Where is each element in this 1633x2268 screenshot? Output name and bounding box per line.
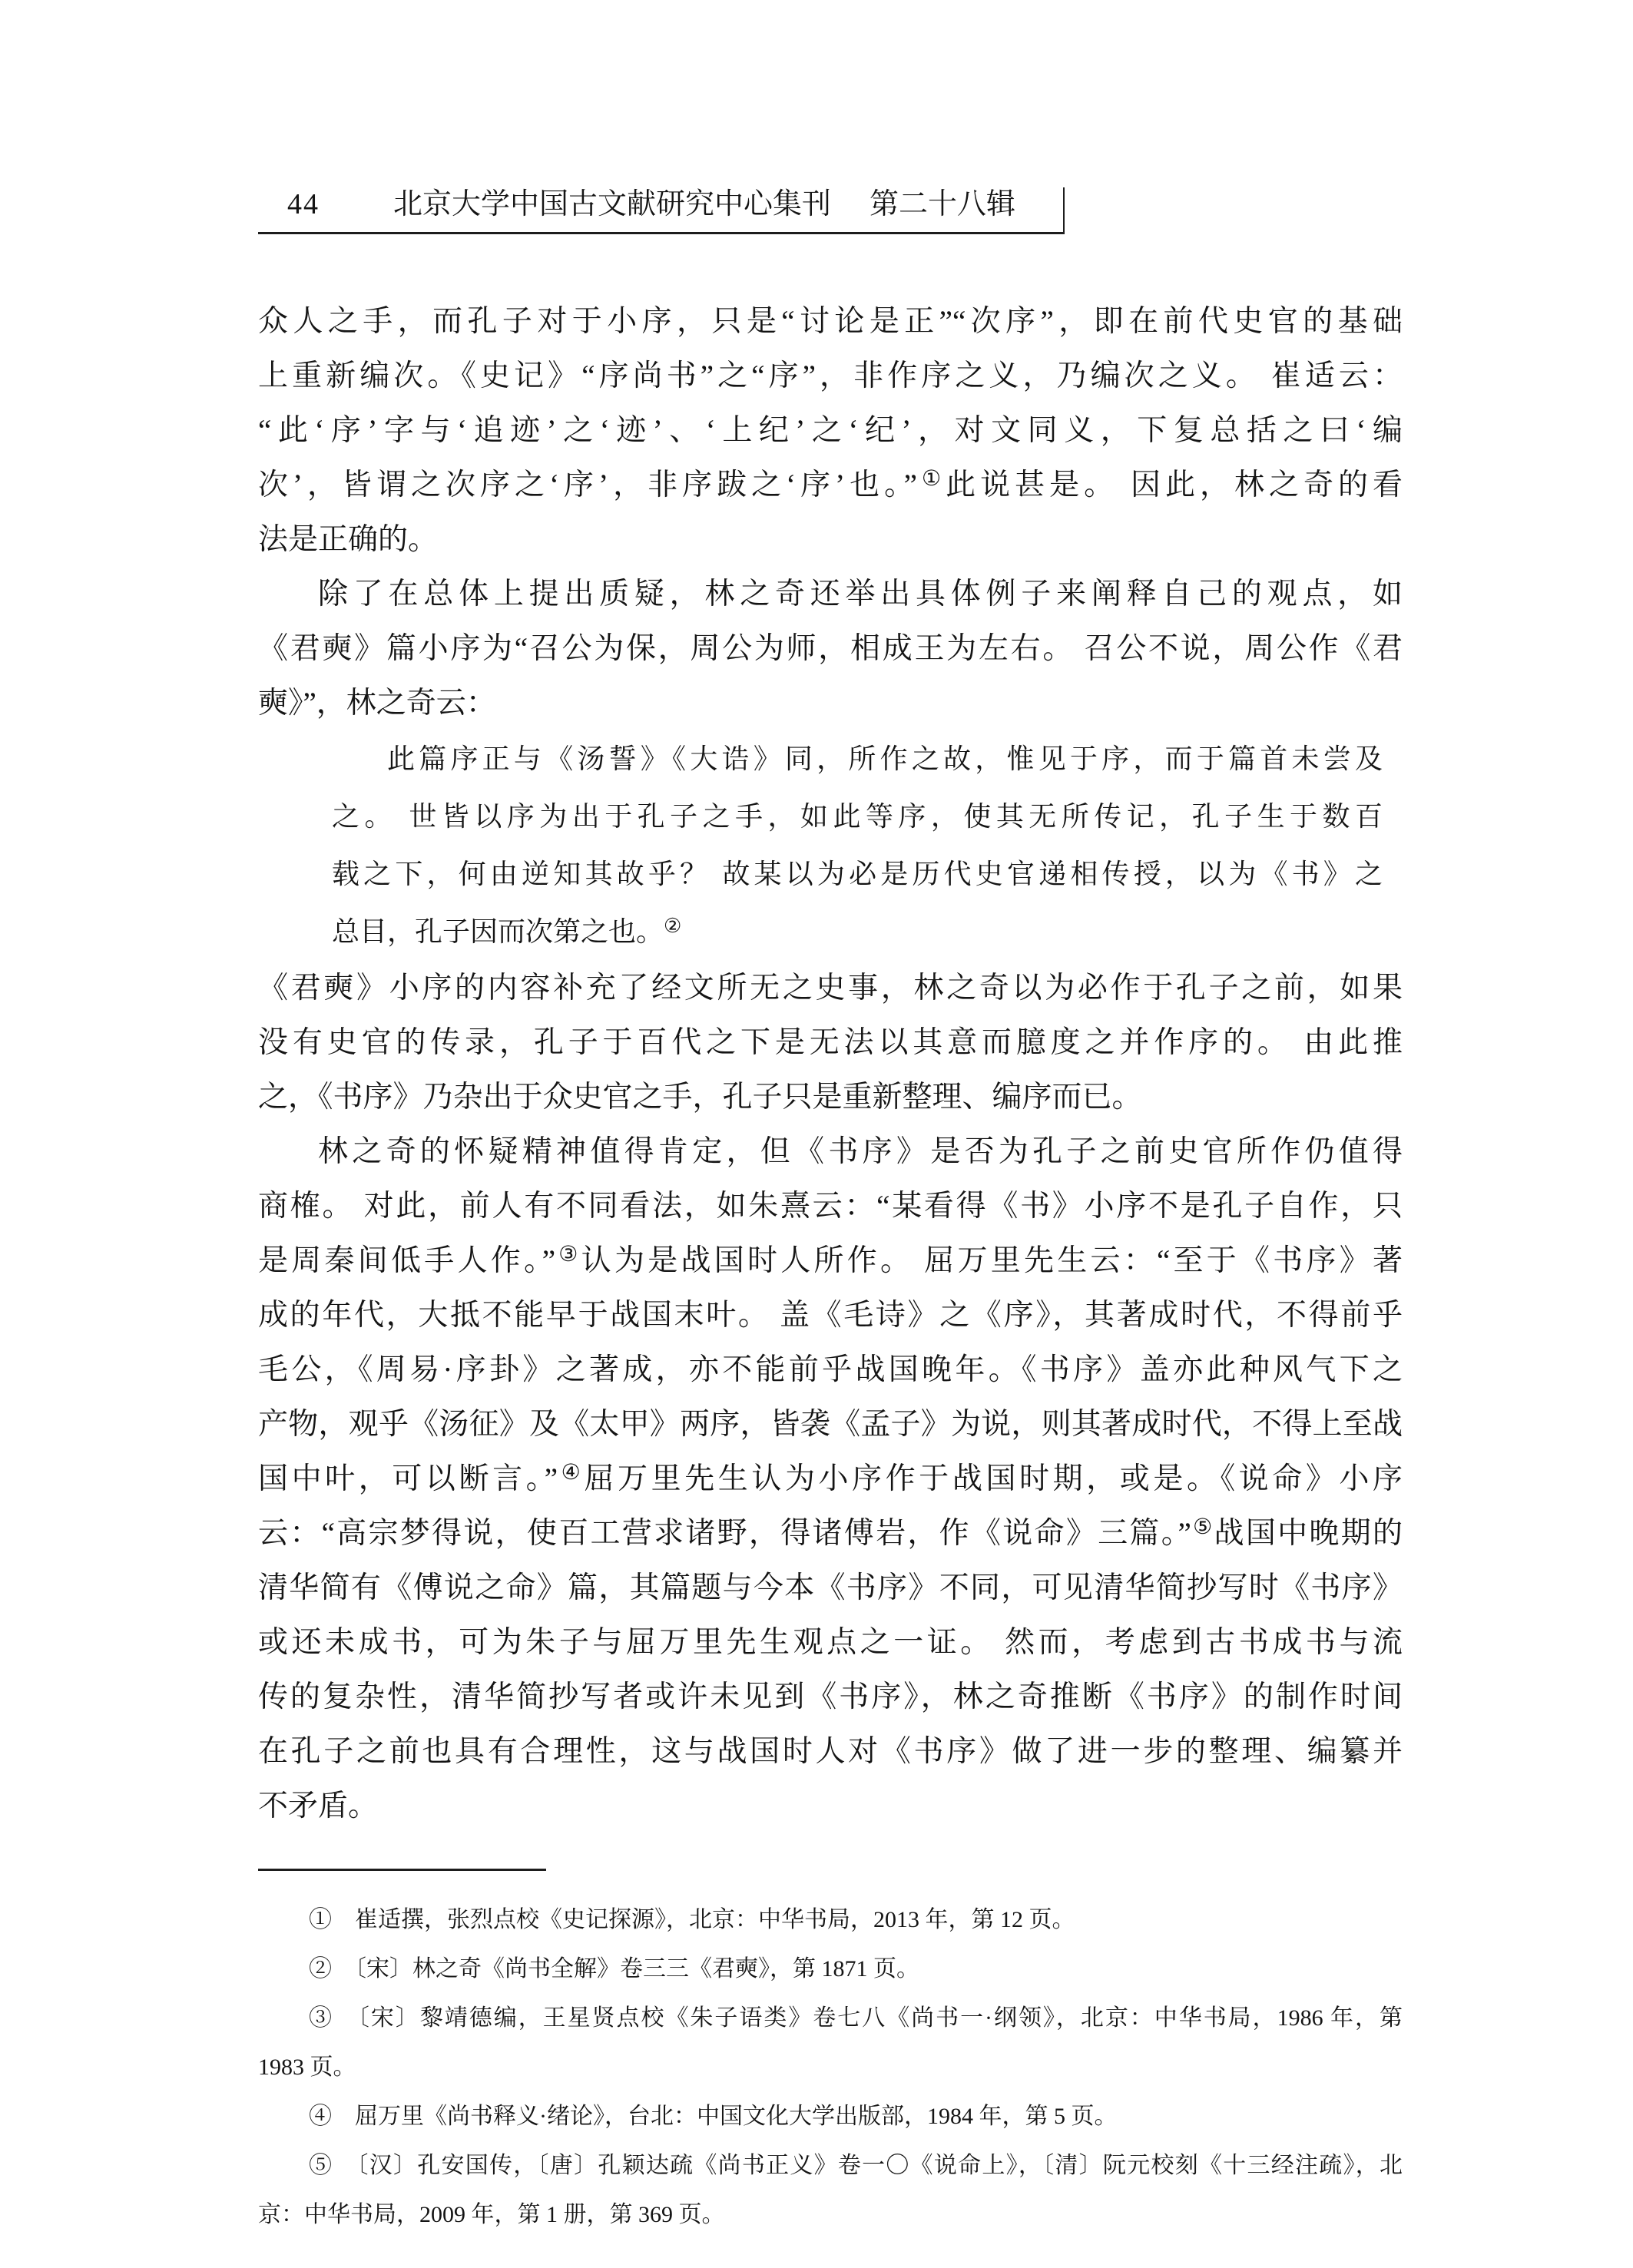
journal-title: 北京大学中国古文献研究中心集刊 [393,187,831,221]
text-line: 之，《书序》乃杂出于众史官之手，孔子只是重新整理、编序而已。 [258,1070,1403,1124]
text-line: 林之奇的怀疑精神值得肯定，但《书序》是否为孔子之前史官所作仍值得 [258,1124,1403,1179]
footnote-line: ① 崔适撰，张烈点校《史记探源》，北京：中华书局，2013 年，第 12 页。 [258,1896,1403,1945]
footnote-1: ① 崔适撰，张烈点校《史记探源》，北京：中华书局，2013 年，第 12 页。 [258,1896,1403,1945]
article-body: 众人之手，而孔子对于小序，只是“讨论是正”“次序”，即在前代史官的基础上重新编次… [258,294,1403,2240]
footnote-line: ③ 〔宋〕黎靖德编，王星贤点校《朱子语类》卷七八《尚书一·纲领》，北京：中华书局… [258,1994,1403,2043]
footnote-divider [258,1869,546,1871]
text-line: 云：“高宗梦得说，使百工营求诸野，得诸傅岩，作《说命》三篇。”⑤战国中晚期的 [258,1506,1403,1561]
footnote-ref: ⑤ [1191,1515,1214,1539]
footnote-line: ④ 屈万里《尚书释义·绪论》，台北：中国文化大学出版部，1984 年，第 5 页… [258,2092,1403,2141]
text-line: 或还未成书，可为朱子与屈万里先生观点之一证。 然而，考虑到古书成书与流 [258,1615,1403,1670]
paragraph-3: 《君奭》小序的内容补充了经文所无之史事，林之奇以为必作于孔子之前，如果没有史官的… [258,961,1403,1124]
text-line: 是周秦间低手人作。”③认为是战国时人所作。 屈万里先生云：“至于《书序》著 [258,1233,1403,1288]
footnote-line: 1983 页。 [258,2043,1403,2092]
footnote-line: ⑤ 〔汉〕孔安国传，〔唐〕孔颖达疏《尚书正义》卷一〇《说命上》，〔清〕阮元校刻《… [258,2141,1403,2190]
footnote-ref: ① [917,467,946,491]
quote-line: 载之下，何由逆知其故乎？ 故某以为必是历代史官递相传授，以为《书》之 [332,846,1383,903]
text-line: 产物，观乎《汤征》及《太甲》两序，皆袭《孟子》为说，则其著成时代，不得上至战 [258,1397,1403,1452]
paragraph-2: 除了在总体上提出质疑，林之奇还举出具体例子来阐释自己的观点，如《君奭》篇小序为“… [258,567,1403,730]
paragraph-4: 林之奇的怀疑精神值得肯定，但《书序》是否为孔子之前史官所作仍值得商榷。 对此，前… [258,1124,1403,1833]
footnote-2: ② 〔宋〕林之奇《尚书全解》卷三三《君奭》，第 1871 页。 [258,1945,1403,1994]
text-line: 传的复杂性，清华简抄写者或许未见到《书序》，林之奇推断《书序》的制作时间 [258,1670,1403,1724]
text-line: 众人之手，而孔子对于小序，只是“讨论是正”“次序”，即在前代史官的基础 [258,294,1403,349]
paragraph-1: 众人之手，而孔子对于小序，只是“讨论是正”“次序”，即在前代史官的基础上重新编次… [258,294,1403,567]
text-line: 在孔子之前也具有合理性，这与战国时人对《书序》做了进一步的整理、编纂并 [258,1724,1403,1779]
text-line: 没有史官的传录，孔子于百代之下是无法以其意而臆度之并作序的。 由此推 [258,1015,1403,1070]
footnote-line: 京：中华书局，2009 年，第 1 册，第 369 页。 [258,2190,1403,2240]
scanned-book-page: 44北京大学中国古文献研究中心集刊第二十八辑 众人之手，而孔子对于小序，只是“讨… [0,0,1633,2268]
footnote-line: ② 〔宋〕林之奇《尚书全解》卷三三《君奭》，第 1871 页。 [258,1945,1403,1994]
text-line: “此‘序’字与‘追迹’之‘迹’、‘上纪’之‘纪’，对文同义，下复总括之曰‘编 [258,403,1403,458]
text-line: 次’，皆谓之次序之‘序’，非序跋之‘序’也。”①此说甚是。 因此，林之奇的看 [258,458,1403,512]
footnote-4: ④ 屈万里《尚书释义·绪论》，台北：中国文化大学出版部，1984 年，第 5 页… [258,2092,1403,2141]
quote-line: 总目，孔子因而次第之也。② [332,903,1383,961]
text-line: 不矛盾。 [258,1779,1403,1833]
footnote-5: ⑤ 〔汉〕孔安国传，〔唐〕孔颖达疏《尚书正义》卷一〇《说命上》，〔清〕阮元校刻《… [258,2141,1403,2240]
text-line: 上重新编次。《史记》“序尚书”之“序”，非作序之义，乃编次之义。 崔适云： [258,349,1403,403]
block-quote: 此篇序正与《汤誓》《大诰》同，所作之故，惟见于序，而于篇首未尝及之。 世皆以序为… [332,730,1383,961]
text-line: 除了在总体上提出质疑，林之奇还举出具体例子来阐释自己的观点，如 [258,567,1403,621]
volume-label: 第二十八辑 [869,188,1015,220]
footnotes-section: ① 崔适撰，张烈点校《史记探源》，北京：中华书局，2013 年，第 12 页。 … [258,1896,1403,2240]
text-line: 毛公，《周易·序卦》之著成，亦不能前乎战国晚年。《书序》盖亦此种风气下之 [258,1343,1403,1397]
quote-line: 此篇序正与《汤誓》《大诰》同，所作之故，惟见于序，而于篇首未尝及 [332,730,1383,788]
footnote-ref: ② [664,915,681,937]
text-line: 国中叶，可以断言。”④屈万里先生认为小序作于战国时期，或是。《说命》小序 [258,1452,1403,1506]
footnote-3: ③ 〔宋〕黎靖德编，王星贤点校《朱子语类》卷七八《尚书一·纲领》，北京：中华书局… [258,1994,1403,2092]
text-line: 《君奭》篇小序为“召公为保，周公为师，相成王为左右。 召公不说，周公作《君 [258,621,1403,676]
text-line: 奭》”，林之奇云： [258,676,1403,730]
text-line: 成的年代，大抵不能早于战国末叶。 盖《毛诗》之《序》，其著成时代，不得前乎 [258,1288,1403,1343]
text-line: 清华简有《傅说之命》篇，其篇题与今本《书序》不同，可见清华简抄写时《书序》 [258,1561,1403,1615]
text-line: 《君奭》小序的内容补充了经文所无之史事，林之奇以为必作于孔子之前，如果 [258,961,1403,1015]
footnote-ref: ③ [555,1243,581,1266]
page-header: 44北京大学中国古文献研究中心集刊第二十八辑 [258,187,1065,234]
footnote-ref: ④ [558,1461,584,1485]
text-line: 法是正确的。 [258,512,1403,567]
quote-line: 之。 世皆以序为出于孔子之手，如此等序，使其无所传记，孔子生于数百 [332,788,1383,846]
text-line: 商榷。 对此，前人有不同看法，如朱熹云：“某看得《书》小序不是孔子自作，只 [258,1179,1403,1233]
page-number: 44 [287,187,320,221]
